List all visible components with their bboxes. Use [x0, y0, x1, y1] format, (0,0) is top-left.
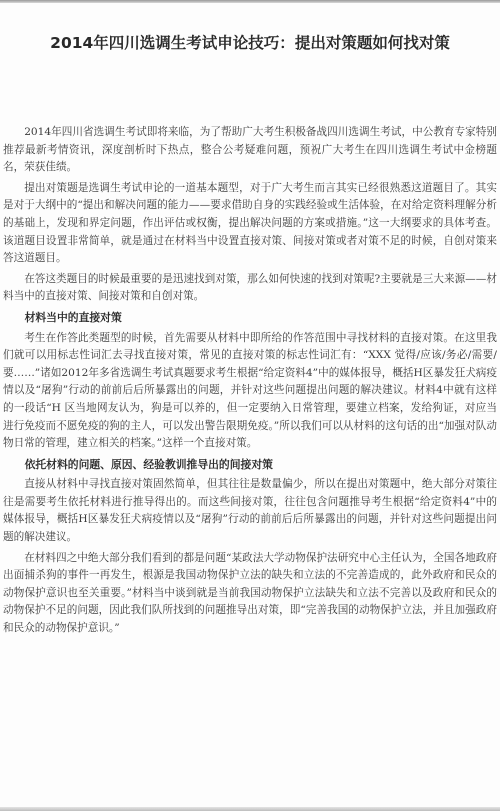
- direct-paragraph: 考生在作答此类题型的时候，首先需要从材料中即所给的作答范围中寻找材料的直接对策。…: [3, 330, 497, 453]
- bottom-edge-bar: [0, 807, 500, 811]
- article-body: 2014年四川省选调生考试即将来临，为了帮助广大考生积极备战四川选调生考试，中公…: [3, 124, 497, 641]
- indirect-paragraph-1: 直接从材料中寻找直接对策固然简单，但其往往是数量偏少，所以在提出对策题中，绝大部…: [3, 476, 497, 546]
- intro-paragraph: 2014年四川省选调生考试即将来临，为了帮助广大考生积极备战四川选调生考试，中公…: [3, 124, 497, 177]
- definition-paragraph: 提出对策题是选调生考试申论的一道基本题型，对于广大考生而言其实已经很熟悉这道题目…: [3, 180, 497, 268]
- indirect-paragraph-2: 在材料四之中绝大部分我们看到的都是问题“某政法大学动物保护法研究中心主任认为，全…: [3, 550, 497, 638]
- section-heading-indirect: 依托材料的问题、原因、经验教训推导出的间接对策: [3, 456, 497, 474]
- section-heading-direct: 材料当中的直接对策: [3, 309, 497, 327]
- sources-paragraph: 在答这类题目的时候最重要的是迅速找到对策，那么如何快速的找到对策呢?主要就是三大…: [3, 271, 497, 306]
- article-title: 2014年四川选调生考试申论技巧：提出对策题如何找对策: [0, 31, 500, 53]
- top-edge-bar: [0, 0, 500, 3]
